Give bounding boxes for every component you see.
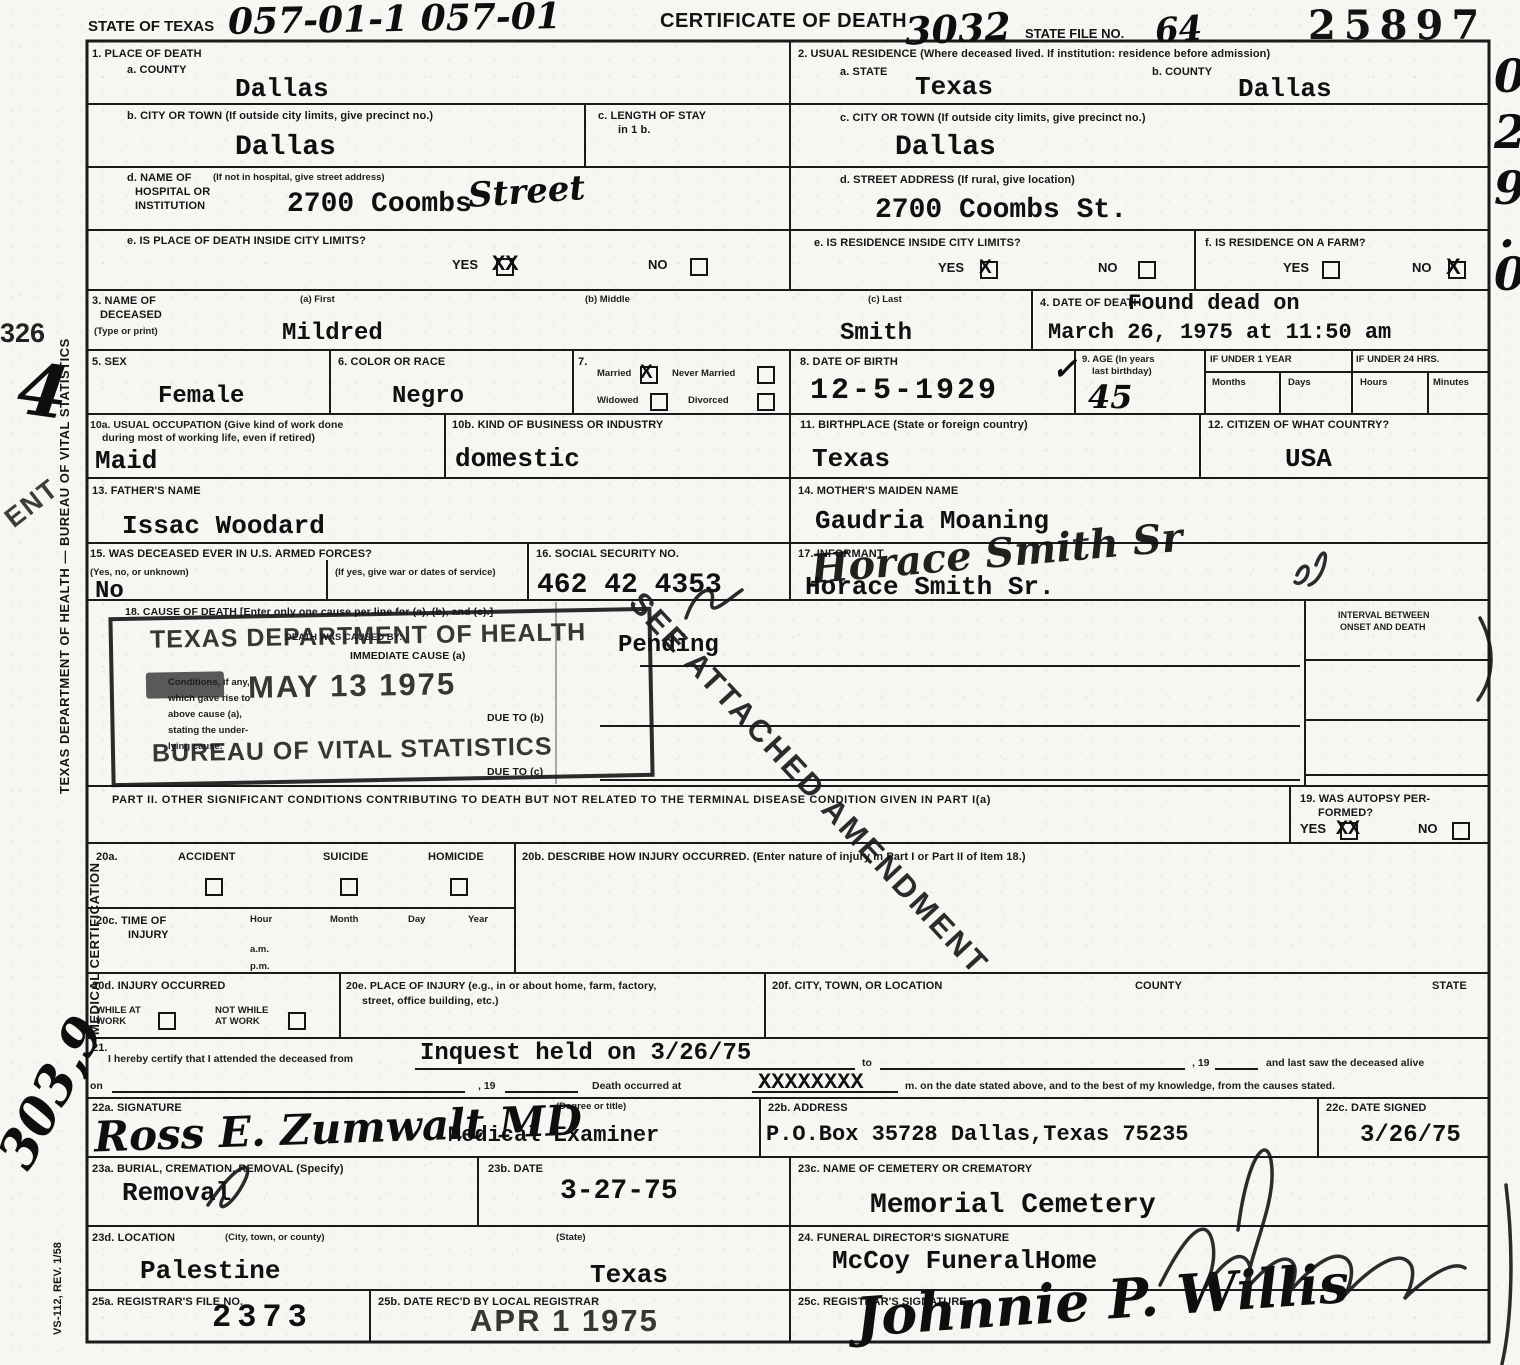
left-vertical-medical-certification-text: MEDICAL CERTIFICATION [88,790,103,1035]
death-certificate-scan: STATE OF TEXAS 057-01-1 057-01 CERTIFICA… [0,0,1520,1365]
form-revision-code: VS-112, REV. 1/58 [52,1185,65,1335]
right-margin-char-1: 0 [1494,48,1520,104]
margin-note-326: 326 [0,318,45,349]
left-vertical-department-text: TEXAS DEPARTMENT OF HEALTH — BUREAU OF V… [58,228,73,794]
right-margin-char-2: 2 [1494,104,1520,160]
right-margin-code-column: 0 2 9 . 0 [1494,48,1520,302]
right-margin-char-4: . [1494,216,1520,246]
right-margin-char-5: 0 [1494,246,1520,302]
handwriting-marks [0,0,1520,1365]
